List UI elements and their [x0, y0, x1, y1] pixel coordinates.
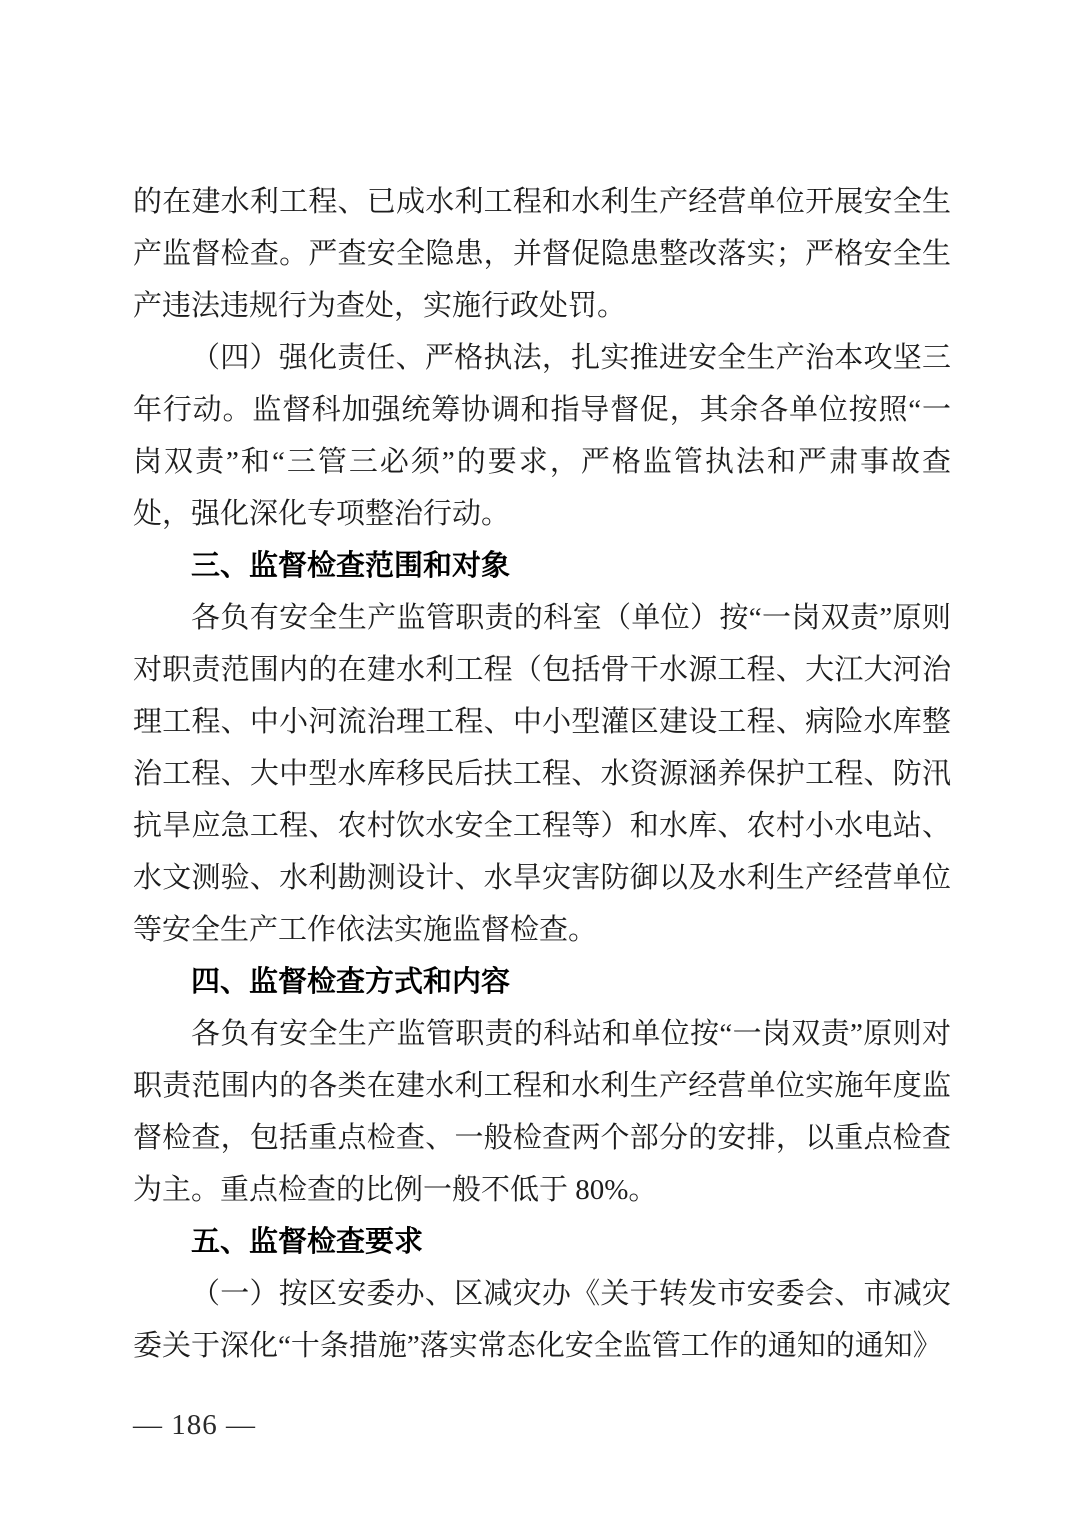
page-number: — 186 — [133, 1409, 256, 1441]
document-content: 的在建水利工程、已成水利工程和水利生产经营单位开展安全生产监督检查。严查安全隐患… [133, 176, 951, 1372]
paragraph: 的在建水利工程、已成水利工程和水利生产经营单位开展安全生产监督检查。严查安全隐患… [133, 176, 951, 332]
section-heading: 三、监督检查范围和对象 [133, 540, 951, 592]
page-footer: — 186 — [133, 1406, 256, 1444]
section-heading: 四、监督检查方式和内容 [133, 956, 951, 1008]
paragraph: （一）按区安委办、区减灾办《关于转发市安委会、市减灾委关于深化“十条措施”落实常… [133, 1268, 951, 1372]
paragraph: （四）强化责任、严格执法，扎实推进安全生产治本攻坚三年行动。监督科加强统筹协调和… [133, 332, 951, 540]
paragraph: 各负有安全生产监管职责的科室（单位）按“一岗双责”原则对职责范围内的在建水利工程… [133, 592, 951, 956]
section-heading: 五、监督检查要求 [133, 1216, 951, 1268]
paragraph: 各负有安全生产监管职责的科站和单位按“一岗双责”原则对职责范围内的各类在建水利工… [133, 1008, 951, 1216]
